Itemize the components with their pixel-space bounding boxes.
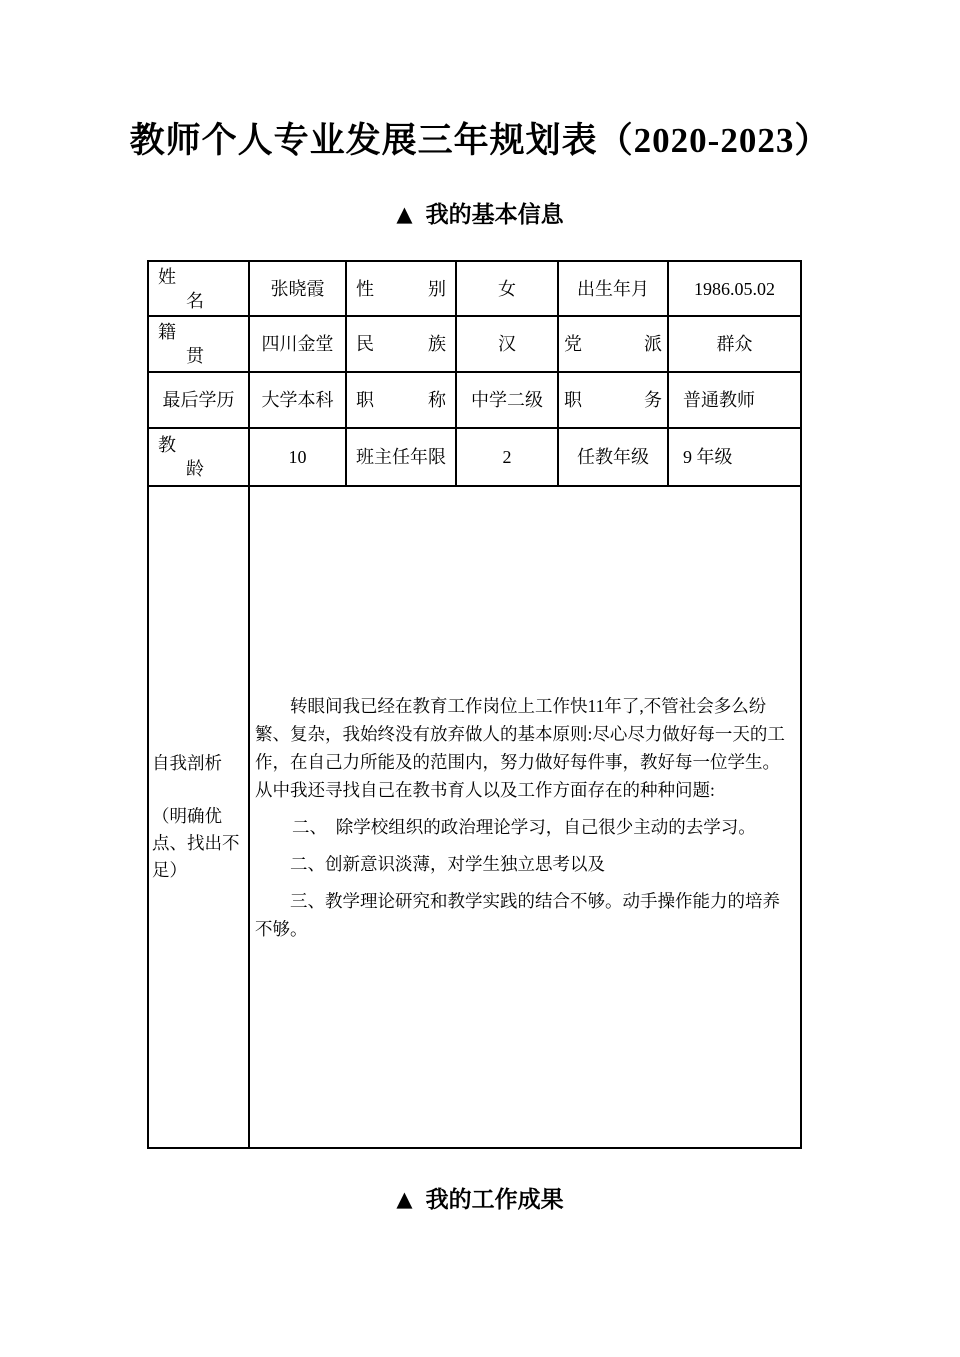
teaching-years-label-char1: 教: [149, 433, 248, 457]
name-label-char1: 姓: [149, 265, 248, 289]
cell-party-value: 群众: [668, 316, 801, 372]
ethnicity-label-char1: 民: [356, 332, 374, 356]
cell-education-value: 大学本科: [249, 372, 346, 428]
self-analysis-note: （明确优点、找出不足）: [152, 803, 246, 884]
cell-teaching-years-value: 10: [249, 428, 346, 486]
hometown-label-char1: 籍: [149, 320, 248, 344]
section-heading-basic-info: ▲我的基本信息: [0, 196, 960, 229]
table-row-self-analysis: 自我剖析 （明确优点、找出不足） 转眼间我已经在教育工作岗位上工作快11年了,不…: [148, 486, 801, 1148]
cell-name-label: 姓 名: [148, 261, 249, 316]
triangle-icon: ▲: [396, 1187, 412, 1211]
self-analysis-item-1: 二、 除学校组织的政治理论学习，自己很少主动的去学习。: [255, 813, 790, 841]
cell-gender-label: 性 别: [346, 261, 456, 316]
self-analysis-item-2: 二、创新意识淡薄，对学生独立思考以及: [255, 850, 790, 878]
basic-info-table: 姓 名 张晓霞 性 别 女 出生年月 1986.05.02 籍 贯: [147, 260, 802, 1149]
cell-teaching-years-label: 教 龄: [148, 428, 249, 486]
cell-self-analysis-content: 转眼间我已经在教育工作岗位上工作快11年了,不管社会多么纷繁、复杂，我始终没有放…: [249, 486, 801, 1148]
hometown-label-char2: 贯: [149, 344, 248, 368]
section-label-work-results: 我的工作成果: [426, 1187, 564, 1212]
position-label-char2: 务: [644, 388, 662, 412]
table-row-teaching-years: 教 龄 10 班主任年限 2 任教年级 9 年级: [148, 428, 801, 486]
teaching-years-label-char2: 龄: [149, 457, 248, 481]
cell-grade-value: 9 年级: [668, 428, 801, 486]
title-label-char2: 称: [428, 388, 446, 412]
cell-hometown-label: 籍 贯: [148, 316, 249, 372]
triangle-icon: ▲: [396, 202, 412, 226]
gender-label-char2: 别: [428, 277, 446, 301]
table-row-hometown: 籍 贯 四川金堂 民 族 汉 党 派 群众: [148, 316, 801, 372]
table-row-name: 姓 名 张晓霞 性 别 女 出生年月 1986.05.02: [148, 261, 801, 316]
cell-ethnicity-label: 民 族: [346, 316, 456, 372]
self-analysis-title: 自我剖析: [152, 750, 246, 777]
position-label-char1: 职: [564, 388, 582, 412]
cell-position-value: 普通教师: [668, 372, 801, 428]
cell-title-value: 中学二级: [456, 372, 558, 428]
self-analysis-intro: 转眼间我已经在教育工作岗位上工作快11年了,不管社会多么纷繁、复杂，我始终没有放…: [255, 692, 790, 804]
cell-position-label: 职 务: [558, 372, 668, 428]
gender-label-char1: 性: [356, 277, 374, 301]
table-row-education: 最后学历 大学本科 职 称 中学二级 职 务 普通教师: [148, 372, 801, 428]
party-label-char2: 派: [644, 332, 662, 356]
self-analysis-item-3: 三、教学理论研究和教学实践的结合不够。动手操作能力的培养不够。: [255, 887, 790, 943]
cell-birth-value: 1986.05.02: [668, 261, 801, 316]
cell-gender-value: 女: [456, 261, 558, 316]
section-heading-work-results: ▲我的工作成果: [0, 1181, 960, 1214]
cell-name-value: 张晓霞: [249, 261, 346, 316]
title-label-char1: 职: [356, 388, 374, 412]
cell-ethnicity-value: 汉: [456, 316, 558, 372]
name-label-char2: 名: [149, 289, 248, 313]
page-title: 教师个人专业发展三年规划表（2020-2023）: [0, 113, 960, 163]
cell-self-analysis-label: 自我剖析 （明确优点、找出不足）: [148, 486, 249, 1148]
ethnicity-label-char2: 族: [428, 332, 446, 356]
cell-homeroom-years-value: 2: [456, 428, 558, 486]
party-label-char1: 党: [564, 332, 582, 356]
document-page: 教师个人专业发展三年规划表（2020-2023） ▲我的基本信息 姓 名 张晓霞…: [0, 0, 960, 1357]
cell-title-label: 职 称: [346, 372, 456, 428]
cell-birth-label: 出生年月: [558, 261, 668, 316]
cell-grade-label: 任教年级: [558, 428, 668, 486]
section-label-basic-info: 我的基本信息: [426, 202, 564, 227]
cell-party-label: 党 派: [558, 316, 668, 372]
cell-homeroom-years-label: 班主任年限: [346, 428, 456, 486]
cell-hometown-value: 四川金堂: [249, 316, 346, 372]
cell-education-label: 最后学历: [148, 372, 249, 428]
